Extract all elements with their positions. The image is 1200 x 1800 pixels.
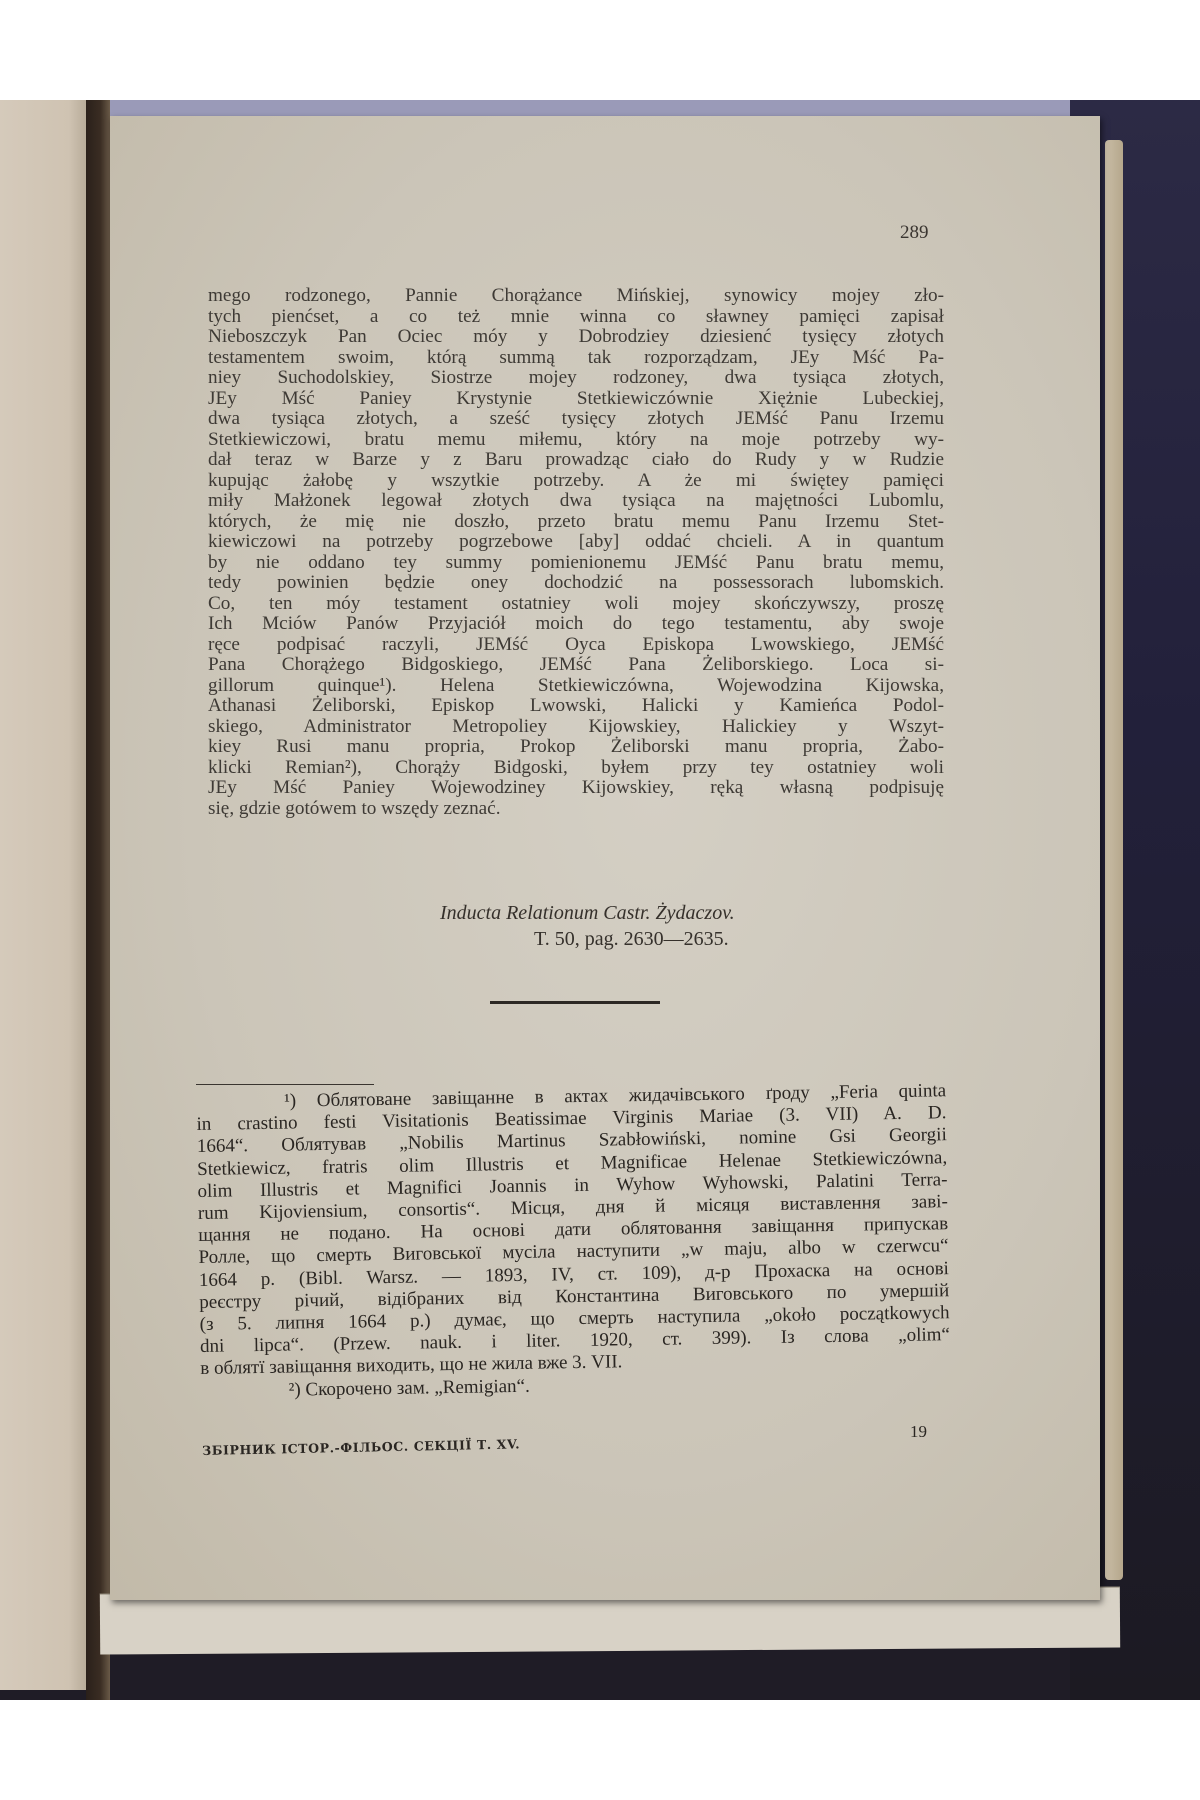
body-line: gillorum quinque¹). Helena Stetkiewiczów… <box>208 676 944 697</box>
section-divider <box>490 1001 660 1004</box>
body-line: ręce podpisać raczyli, JEMść Oyca Episko… <box>208 635 944 656</box>
source-citation: Inducta Relationum Castr. Żydaczov. <box>440 902 735 925</box>
footnotes: ¹) Облятоване завіщанне в актах жидачівс… <box>196 1080 951 1403</box>
body-line: JEy Mść Paniey Wojewodziney Kijowskiey, … <box>208 778 944 799</box>
body-line: skiego, Administrator Metropoliey Kijows… <box>208 717 944 738</box>
body-line: tedy powinien będzie oney dochodzić na p… <box>208 573 944 594</box>
source-reference: T. 50, pag. 2630—2635. <box>534 928 729 951</box>
body-line: kiewiczowi na potrzeby pogrzebowe [aby] … <box>208 532 944 553</box>
body-text: mego rodzonego, Pannie Chorążance Miński… <box>208 286 944 819</box>
body-line: by nie oddano tey summy pomienionemu JEM… <box>208 553 944 574</box>
footnote-rule <box>196 1084 374 1085</box>
body-line: Co, ten móy testament ostatniey woli moj… <box>208 594 944 615</box>
body-line: Ich Mciów Panów Przyjaciół moich do tego… <box>208 614 944 635</box>
body-line: testamentem swoim, którą summą tak rozpo… <box>208 348 944 369</box>
body-line: Nieboszczyk Pan Ociec móy y Dobrodziey d… <box>208 327 944 348</box>
body-line: kupując żałobę y wszytkie potrzeby. A że… <box>208 471 944 492</box>
page-number: 289 <box>900 222 929 244</box>
printer-signature-mark: ЗБІРНИК ІСТОР.-ФІЛЬОС. СЕКЦІЇ Т. XV. <box>202 1436 520 1458</box>
body-line: się, gdzie gotówem to wszędy zeznać. <box>208 799 944 820</box>
body-line: których, że mię nie doszło, przeto bratu… <box>208 512 944 533</box>
body-line: dwa tysiąca złotych, a sześć tysięcy zło… <box>208 409 944 430</box>
book-page: 289 mego rodzonego, Pannie Chorążance Mi… <box>110 116 1100 1600</box>
body-line: kiey Rusi manu propria, Prokop Żeliborsk… <box>208 737 944 758</box>
body-line: Athanasi Żeliborski, Episkop Lwowski, Ha… <box>208 696 944 717</box>
body-line: niey Suchodolskiey, Siostrze mojey rodzo… <box>208 368 944 389</box>
book-gutter <box>86 100 110 1700</box>
underlying-page-edge <box>1105 140 1123 1580</box>
body-line: mego rodzonego, Pannie Chorążance Miński… <box>208 286 944 307</box>
body-line: miły Małżonek legował złotych dwa tysiąc… <box>208 491 944 512</box>
book-photograph: 289 mego rodzonego, Pannie Chorążance Mi… <box>0 100 1200 1700</box>
body-line: dał teraz w Barze y z Baru prowadząc cia… <box>208 450 944 471</box>
sheet-number: 19 <box>910 1422 927 1442</box>
body-line: Stetkiewiczowi, bratu memu miłemu, który… <box>208 430 944 451</box>
body-line: Pana Chorążego Bidgoskiego, JEMść Pana Ż… <box>208 655 944 676</box>
body-line: tych pienćset, a co też mnie winna co sł… <box>208 307 944 328</box>
facing-left-page <box>0 100 86 1690</box>
body-line: klicki Remian²), Chorąży Bidgoski, byłem… <box>208 758 944 779</box>
body-line: JEy Mść Paniey Krystynie Stetkiewiczówni… <box>208 389 944 410</box>
